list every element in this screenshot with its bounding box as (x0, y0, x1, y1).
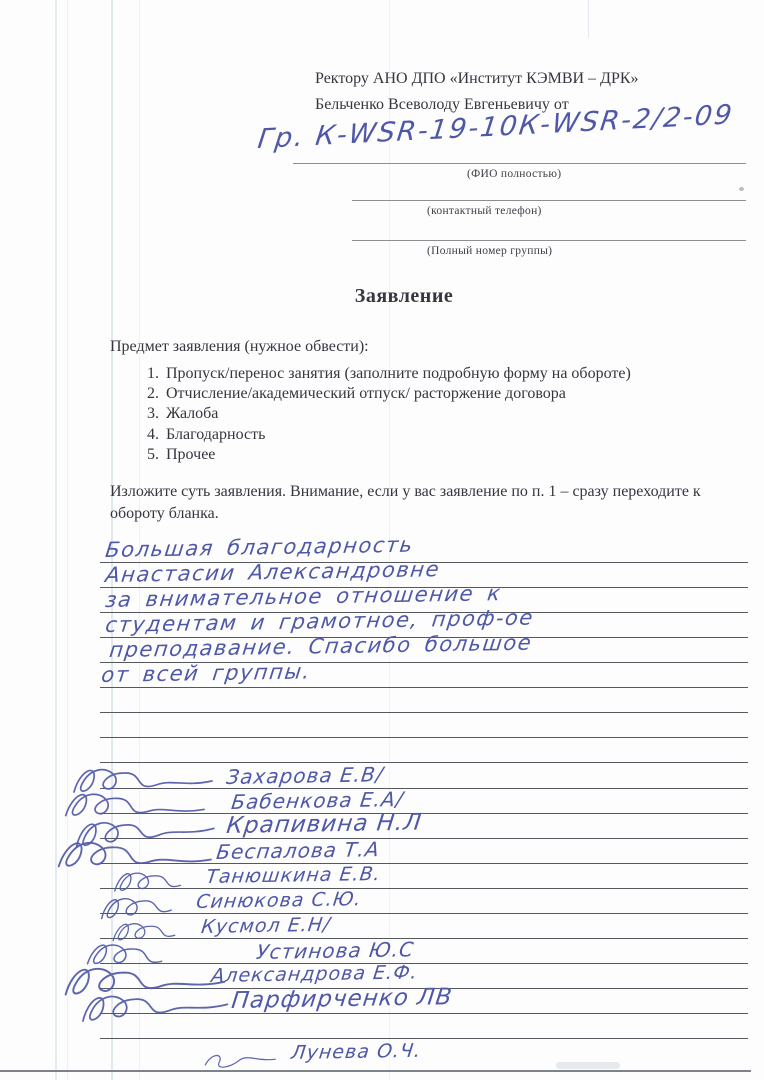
subject-option: Жалоба (163, 404, 740, 424)
statement-line: от всей группы. (100, 659, 312, 687)
ruled-line (100, 963, 748, 964)
signature-name: Крапивина Н.Л (225, 810, 424, 839)
ruled-line (100, 888, 748, 889)
subject-option: Прочее (163, 445, 740, 465)
signature-scribble (75, 982, 234, 1034)
group-label: (Полный номер группы) (427, 245, 552, 257)
ruled-line (100, 762, 748, 763)
subject-option: Пропуск/перенос занятия (заполните подро… (163, 364, 740, 384)
signature-name: Парфирченко ЛВ (230, 984, 454, 1014)
subject-options-list: Пропуск/перенос занятия (заполните подро… (110, 364, 740, 465)
phone-label: (контактный телефон) (427, 205, 542, 217)
ruled-line (100, 737, 748, 738)
subject-heading: Предмет заявления (нужное обвести): (110, 337, 740, 357)
fio-underline (293, 163, 746, 164)
signature-name: Синюкова С.Ю. (195, 888, 363, 913)
group-underline (352, 240, 746, 241)
scan-artifact-line (67, 0, 68, 1080)
signature-name: Танюшкина Е.В. (205, 863, 382, 888)
signature-name: Устинова Ю.С (255, 937, 416, 964)
signature-scribble (59, 783, 210, 832)
signature-scribble (59, 958, 232, 1009)
page-bottom-edge-line (0, 1070, 751, 1072)
signature-name: Лунева О.Ч. (290, 1040, 423, 1064)
ruled-line (100, 838, 748, 839)
signature-name: Захарова Е.В/ (225, 762, 385, 789)
signature-scribble (68, 760, 218, 804)
ruled-line (100, 1038, 748, 1039)
instruction-text: Изложите суть заявления. Внимание, если … (110, 481, 726, 524)
signature-name: Кусмол Е.Н/ (200, 914, 332, 938)
ruled-line (100, 687, 748, 688)
ruled-line (100, 938, 748, 939)
scan-speck (739, 187, 744, 191)
signature-scribble (82, 935, 219, 982)
scan-smudge (556, 1062, 620, 1069)
subject-section: Предмет заявления (нужное обвести): Проп… (110, 337, 740, 465)
ruled-line (100, 788, 748, 789)
document-title: Заявление (44, 285, 764, 308)
ruled-line (100, 863, 748, 864)
signature-scribble (69, 807, 221, 859)
scan-artifact-line (55, 0, 57, 1080)
ruled-line (100, 1013, 748, 1014)
recipient-line-1: Ректору АНО ДПО «Институт КЭМВИ – ДРК» (315, 66, 639, 92)
ruled-line (100, 813, 748, 814)
fio-label: (ФИО полностью) (467, 168, 561, 180)
signature-scribble (52, 831, 219, 885)
ruled-line (100, 913, 748, 914)
scan-artifact-line (588, 0, 589, 38)
subject-option: Благодарность (163, 425, 740, 445)
ruled-line (100, 712, 748, 713)
subject-option: Отчисление/академический отпуск/ расторж… (163, 384, 740, 404)
signature-name: Александрова Е.Ф. (210, 961, 419, 987)
signature-name: Беспалова Т.А (215, 837, 381, 864)
scanned-application-page: Ректору АНО ДПО «Институт КЭМВИ – ДРК» Б… (0, 0, 764, 1080)
phone-underline (352, 200, 746, 201)
